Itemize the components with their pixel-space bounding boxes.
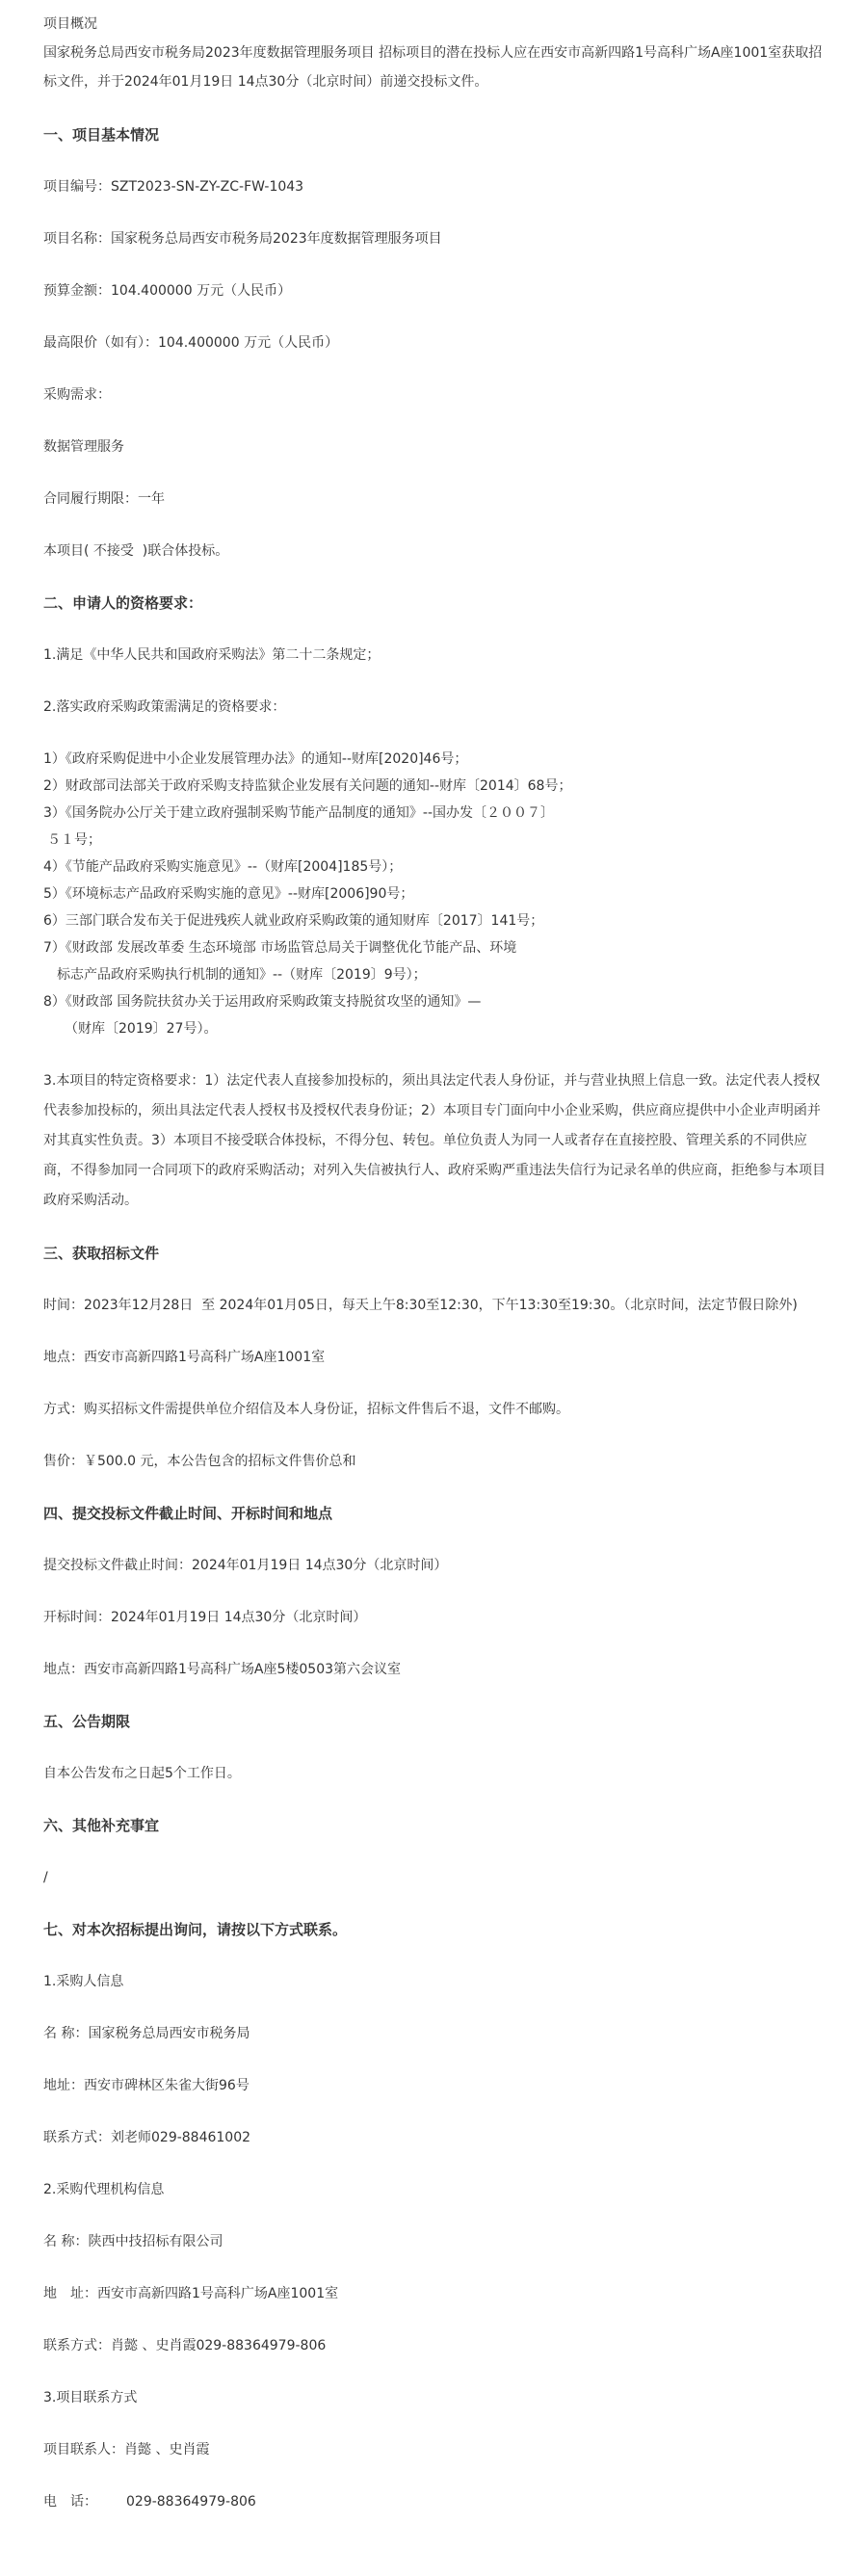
agency-name: 名 称：陕西中技招标有限公司 bbox=[43, 2227, 828, 2256]
policy-item-text: 5）《环境标志产品政府采购实施的意见》--财库[2006]90号； bbox=[43, 886, 413, 902]
policy-item-text: 3）《国务院办公厅关于建立政府强制采购节能产品制度的通知》--国办发〔２００７〕 bbox=[43, 805, 554, 821]
document-price: 售价：￥500.0 元，本公告包含的招标文件售价总和 bbox=[43, 1447, 828, 1476]
overview-title: 项目概况 bbox=[43, 10, 828, 39]
policy-item-text: 4）《节能产品政府采购实施意见》--（财库[2004]185号）； bbox=[43, 859, 402, 875]
project-name: 项目名称：国家税务总局西安市税务局2023年度数据管理服务项目 bbox=[43, 224, 828, 253]
agency-address: 地 址：西安市高新四路1号高科广场A座1001室 bbox=[43, 2279, 828, 2308]
announcement-period: 自本公告发布之日起5个工作日。 bbox=[43, 1759, 828, 1788]
requirement-1: 1.满足《中华人民共和国政府采购法》第二十二条规定； bbox=[43, 641, 828, 670]
bid-opening-time: 开标时间：2024年01月19日 14点30分（北京时间） bbox=[43, 1603, 828, 1632]
policy-item: 2）财政部司法部关于政府采购支持监狱企业发展有关问题的通知--财库〔2014〕6… bbox=[43, 773, 828, 800]
max-price: 最高限价（如有）：104.400000 万元（人民币） bbox=[43, 329, 828, 357]
project-contact-person: 项目联系人：肖懿 、史肖霞 bbox=[43, 2435, 828, 2464]
procurement-demand-label: 采购需求： bbox=[43, 381, 828, 409]
policy-item: 5）《环境标志产品政府采购实施的意见》--财库[2006]90号； bbox=[43, 881, 828, 907]
policy-item-continuation: ５１号； bbox=[43, 827, 828, 854]
document-acquisition-time: 时间：2023年12月28日 至 2024年01月05日，每天上午8:30至12… bbox=[43, 1291, 828, 1320]
section7-heading: 七、对本次招标提出询问，请按以下方式联系。 bbox=[43, 1915, 828, 1944]
document-acquisition-method: 方式：购买招标文件需提供单位介绍信及本人身份证，招标文件售后不退，文件不邮购。 bbox=[43, 1395, 828, 1424]
document-acquisition-location: 地点：西安市高新四路1号高科广场A座1001室 bbox=[43, 1343, 828, 1372]
budget-amount: 预算金额：104.400000 万元（人民币） bbox=[43, 276, 828, 305]
submission-deadline: 提交投标文件截止时间：2024年01月19日 14点30分（北京时间） bbox=[43, 1551, 828, 1580]
section3-heading: 三、获取招标文件 bbox=[43, 1239, 828, 1268]
policy-list: 1）《政府采购促进中小企业发展管理办法》的通知--财库[2020]46号； 2）… bbox=[43, 746, 828, 1042]
project-contact-phone: 电 话：029-88364979-806 bbox=[43, 2487, 828, 2516]
agency-contact: 联系方式：肖懿 、史肖霞029-88364979-806 bbox=[43, 2331, 828, 2360]
policy-item-text: 8）《财政部 国务院扶贫办关于运用政府采购政策支持脱贫攻坚的通知》— bbox=[43, 994, 481, 1010]
agency-info-title: 2.采购代理机构信息 bbox=[43, 2175, 828, 2204]
section4-heading: 四、提交投标文件截止时间、开标时间和地点 bbox=[43, 1499, 828, 1528]
buyer-address: 地址：西安市碑林区朱雀大街96号 bbox=[43, 2071, 828, 2100]
project-number: 项目编号：SZT2023-SN-ZY-ZC-FW-1043 bbox=[43, 172, 828, 201]
policy-item: 4）《节能产品政府采购实施意见》--（财库[2004]185号）； bbox=[43, 854, 828, 881]
section5-heading: 五、公告期限 bbox=[43, 1707, 828, 1736]
policy-item: 7）《财政部 发展改革委 生态环境部 市场监管总局关于调整优化节能产品、环境标志… bbox=[43, 934, 828, 988]
section6-heading: 六、其他补充事宜 bbox=[43, 1811, 828, 1840]
section1-heading: 一、项目基本情况 bbox=[43, 120, 828, 149]
policy-item-text: 7）《财政部 发展改革委 生态环境部 市场监管总局关于调整优化节能产品、环境 bbox=[43, 940, 516, 956]
project-contact-title: 3.项目联系方式 bbox=[43, 2383, 828, 2412]
buyer-name: 名 称：国家税务总局西安市税务局 bbox=[43, 2019, 828, 2048]
supplementary-matters: / bbox=[43, 1863, 828, 1892]
buyer-contact: 联系方式：刘老师029-88461002 bbox=[43, 2123, 828, 2152]
procurement-demand-value: 数据管理服务 bbox=[43, 433, 828, 461]
policy-item: 6）三部门联合发布关于促进残疾人就业政府采购政策的通知财库〔2017〕141号； bbox=[43, 907, 828, 934]
announcement-document: 项目概况 国家税务总局西安市税务局2023年度数据管理服务项目 招标项目的潜在投… bbox=[0, 0, 867, 2516]
overview-body: 国家税务总局西安市税务局2023年度数据管理服务项目 招标项目的潜在投标人应在西… bbox=[43, 39, 828, 96]
policy-item-text: 6）三部门联合发布关于促进残疾人就业政府采购政策的通知财库〔2017〕141号； bbox=[43, 913, 543, 929]
buyer-info-title: 1.采购人信息 bbox=[43, 1967, 828, 1996]
policy-item-text: 2）财政部司法部关于政府采购支持监狱企业发展有关问题的通知--财库〔2014〕6… bbox=[43, 778, 571, 794]
consortium-policy: 本项目( 不接受 )联合体投标。 bbox=[43, 537, 828, 565]
requirement-2: 2.落实政府采购政策需满足的资格要求： bbox=[43, 693, 828, 722]
policy-item: 8）《财政部 国务院扶贫办关于运用政府采购政策支持脱贫攻坚的通知》—（财库〔20… bbox=[43, 988, 828, 1042]
bid-opening-location: 地点：西安市高新四路1号高科广场A座5楼0503第六会议室 bbox=[43, 1655, 828, 1684]
policy-item-continuation: （财库〔2019〕27号）。 bbox=[43, 1015, 828, 1042]
contract-period: 合同履行期限：一年 bbox=[43, 485, 828, 513]
policy-item-text: 1）《政府采购促进中小企业发展管理办法》的通知--财库[2020]46号； bbox=[43, 751, 467, 767]
phone-value: 029-88364979-806 bbox=[97, 2494, 256, 2510]
requirement-3: 3.本项目的特定资格要求：1）法定代表人直接参加投标的，须出具法定代表人身份证，… bbox=[43, 1066, 828, 1216]
phone-label: 电 话： bbox=[43, 2494, 97, 2510]
policy-item: 3）《国务院办公厅关于建立政府强制采购节能产品制度的通知》--国办发〔２００７〕… bbox=[43, 800, 828, 854]
section2-heading: 二、申请人的资格要求： bbox=[43, 589, 828, 618]
policy-item: 1）《政府采购促进中小企业发展管理办法》的通知--财库[2020]46号； bbox=[43, 746, 828, 773]
policy-item-continuation: 标志产品政府采购执行机制的通知》--（财库〔2019〕9号）； bbox=[43, 961, 828, 988]
